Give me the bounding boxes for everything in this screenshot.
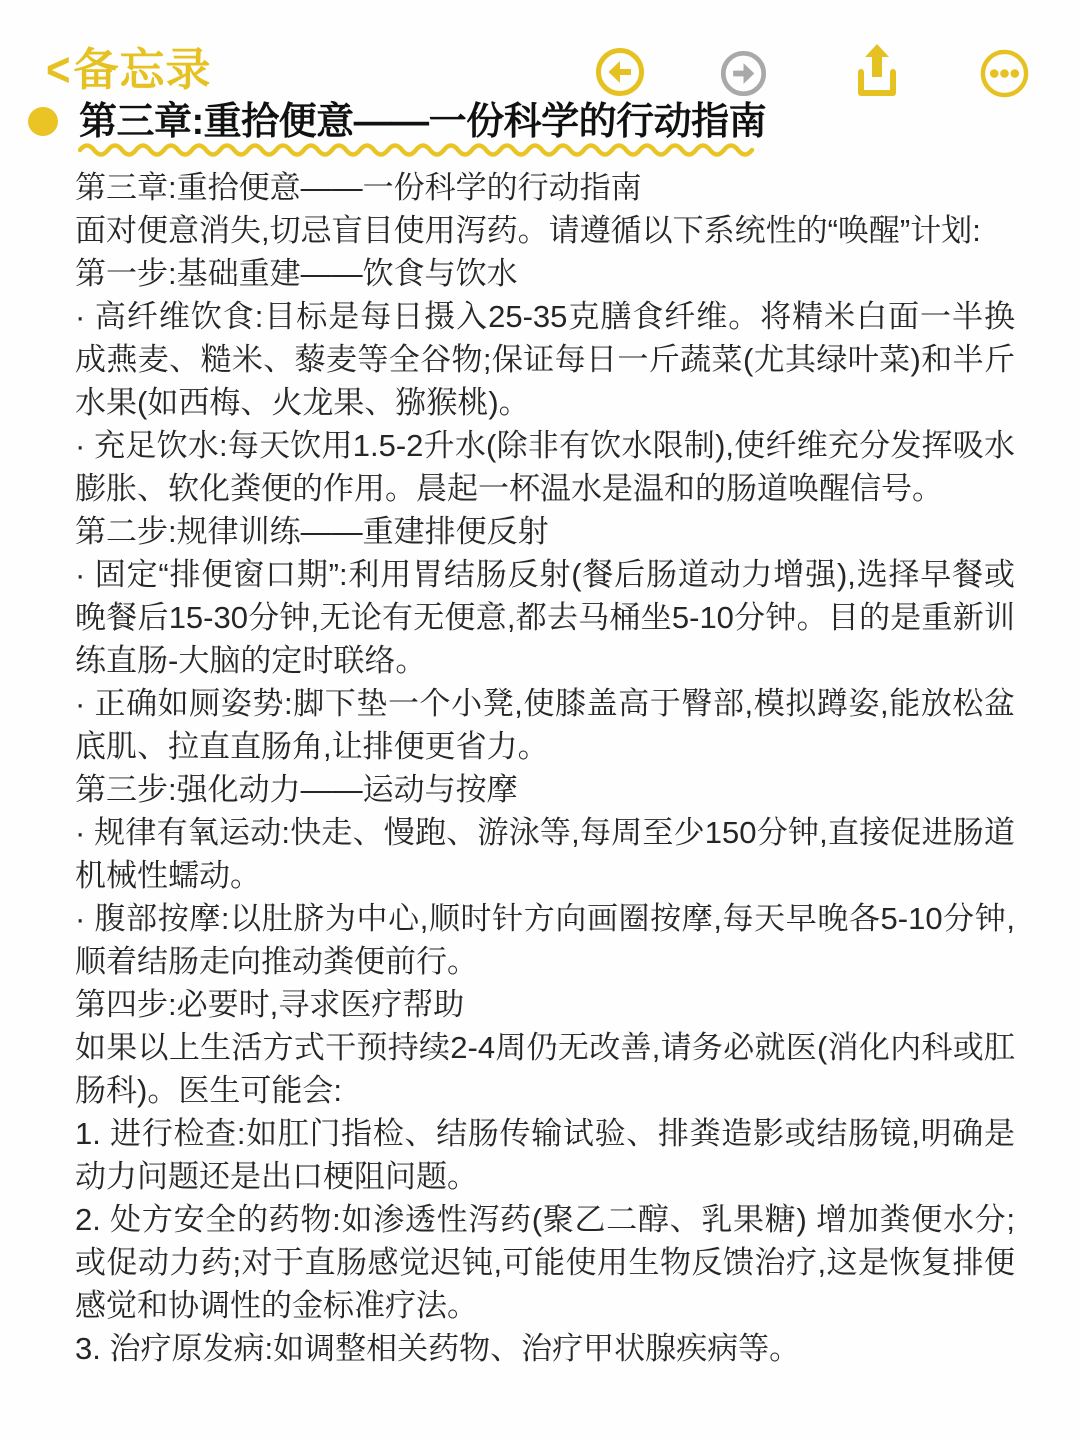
note-paragraph: 2. 处方安全的药物:如渗透性泻药(聚乙二醇、乳果糖) 增加粪便水分;或促动力药…: [75, 1198, 1015, 1327]
back-label: 备忘录: [74, 44, 212, 96]
note-paragraph: 1. 进行检查:如肛门指检、结肠传输试验、排粪造影或结肠镜,明确是动力问题还是出…: [75, 1112, 1015, 1198]
back-to-notes-link[interactable]: <备忘录: [46, 44, 212, 96]
navigate-back-button[interactable]: [595, 42, 645, 102]
ellipsis-circle-icon: [980, 49, 1029, 98]
note-paragraph: 第三步:强化动力——运动与按摩: [75, 768, 1015, 811]
note-paragraph: 面对便意消失,切忌盲目使用泻药。请遵循以下系统性的“唤醒”计划:: [75, 209, 1015, 252]
arrow-right-circle-icon: [720, 50, 767, 97]
navigate-forward-button[interactable]: [718, 43, 768, 103]
title-wavy-underline: [78, 138, 778, 163]
wave-path: [80, 146, 752, 155]
arrow-left-circle-icon: [595, 47, 645, 97]
note-paragraph: · 正确如厕姿势:脚下垫一个小凳,使膝盖高于臀部,模拟蹲姿,能放松盆底肌、拉直直…: [75, 682, 1015, 768]
share-button[interactable]: [852, 40, 902, 100]
note-paragraph: 3. 治疗原发病:如调整相关药物、治疗甲状腺疾病等。: [75, 1327, 1015, 1370]
note-paragraph: · 腹部按摩:以肚脐为中心,顺时针方向画圈按摩,每天早晚各5-10分钟,顺着结肠…: [75, 897, 1015, 983]
back-chevron-icon: <: [46, 40, 72, 100]
note-paragraph: 第二步:规律训练——重建排便反射: [75, 510, 1015, 553]
more-options-button[interactable]: [979, 43, 1029, 103]
note-paragraph: 第四步:必要时,寻求医疗帮助: [75, 983, 1015, 1026]
note-paragraph: · 高纤维饮食:目标是每日摄入25-35克膳食纤维。将精米白面一半换成燕麦、糙米…: [75, 295, 1015, 424]
note-paragraph: 第一步:基础重建——饮食与饮水: [75, 252, 1015, 295]
note-paragraph: · 充足饮水:每天饮用1.5-2升水(除非有饮水限制),使纤维充分发挥吸水膨胀、…: [75, 424, 1015, 510]
memo-app-page: <备忘录: [0, 0, 1080, 1440]
note-paragraph: 第三章:重拾便意——一份科学的行动指南: [75, 166, 1015, 209]
note-paragraph: 如果以上生活方式干预持续2-4周仍无改善,请务必就医(消化内科或肛肠科)。医生可…: [75, 1026, 1015, 1112]
note-body[interactable]: 第三章:重拾便意——一份科学的行动指南 面对便意消失,切忌盲目使用泻药。请遵循以…: [75, 166, 1015, 1370]
note-paragraph: · 固定“排便窗口期”:利用胃结肠反射(餐后肠道动力增强),选择早餐或晚餐后15…: [75, 553, 1015, 682]
share-icon: [852, 41, 902, 99]
title-bullet-icon: [28, 107, 58, 136]
note-paragraph: · 规律有氧运动:快走、慢跑、游泳等,每周至少150分钟,直接促进肠道机械性蠕动…: [75, 811, 1015, 897]
